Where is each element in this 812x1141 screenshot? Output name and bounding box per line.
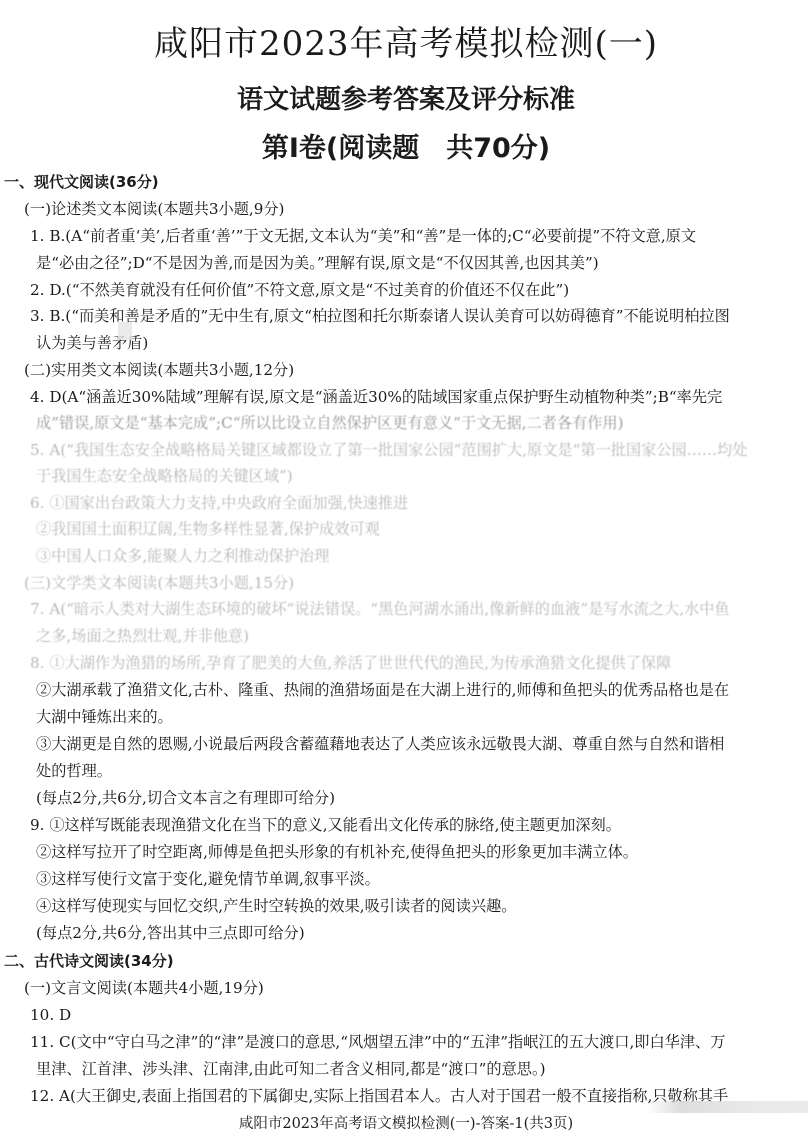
answer-q4-line2: 成”错误,原文是“基本完成”;C“所以比设立自然保护区更有意义”于文无据,二者各…	[36, 412, 624, 434]
answer-q8-point1: 8. ①大湖作为渔猎的场所,孕育了肥美的大鱼,养活了世世代代的渔民,为传承渔猎文…	[30, 652, 671, 674]
answer-q8-point2-line2: 大湖中锤炼出来的。	[36, 706, 173, 728]
answer-q5-line2: 于我国生态安全战略格局的关键区域”)	[36, 465, 293, 487]
part-heading-literary: (三)文学类文本阅读(本题共3小题,15分)	[24, 572, 294, 594]
section-heading-classical-reading: 二、古代诗文阅读(34分)	[4, 950, 174, 972]
answer-q6-point2: ②我国国土面积辽阔,生物多样性显著,保护成效可观	[36, 518, 380, 540]
answer-q1-line1: 1. B.(A“前者重‘美’,后者重‘善’”于文无据,文本认为“美”和“善”是一…	[30, 225, 696, 247]
answer-q7-line2: 之多,场面之热烈壮观,并非他意)	[36, 625, 249, 647]
section-heading-modern-reading: 一、现代文阅读(36分)	[4, 171, 159, 193]
page-footer: 咸阳市2023年高考语文模拟检测(一)-答案-1(共3页)	[0, 1114, 812, 1134]
answer-q9-point1: 9. ①这样写既能表现渔猎文化在当下的意义,又能看出文化传承的脉络,使主题更加深…	[30, 814, 621, 836]
answer-q9-point2: ②这样写拉开了时空距离,师傅是鱼把头形象的有机补充,使得鱼把头的形象更加丰满立体…	[36, 841, 638, 863]
answer-q6-point1: 6. ①国家出台政策大力支持,中央政府全面加强,快速推进	[30, 492, 408, 514]
answer-q4-line1: 4. D(A“涵盖近30%陆域”理解有误,原文是“涵盖近30%的陆域国家重点保护…	[30, 386, 722, 408]
answer-q11-line2: 里津、江首津、涉头津、江南津,由此可知二者含义相同,都是“渡口”的意思。)	[36, 1058, 546, 1080]
answer-q9-point4: ④这样写使现实与回忆交织,产生时空转换的效果,吸引读者的阅读兴趣。	[36, 895, 516, 917]
scan-smudge	[648, 1101, 808, 1113]
volume-heading: 第Ⅰ卷(阅读题 共70分)	[0, 130, 812, 168]
answer-q11-line1: 11. C(文中“守白马之津”的“津”是渡口的意思,“风烟望五津”中的“五津”指…	[30, 1031, 725, 1053]
answer-q8-scoring-note: (每点2分,共6分,切合文本言之有理即可给分)	[36, 787, 335, 809]
answer-key-page: 咸阳市2023年高考模拟检测(一) 语文试题参考答案及评分标准 第Ⅰ卷(阅读题 …	[0, 0, 812, 1141]
answer-q12-line1: 12. A(大王御史,表面上指国君的下属御史,实际上指国君本人。古人对于国君一般…	[30, 1085, 728, 1107]
answer-q9-scoring-note: (每点2分,共6分,答出其中三点即可给分)	[36, 922, 305, 944]
answer-q9-point3: ③这样写使行文富于变化,避免情节单调,叙事平淡。	[36, 868, 380, 890]
answer-q3-line1: 3. B.(“而美和善是矛盾的”无中生有,原文“柏拉图和托尔斯泰诸人误认美育可以…	[30, 305, 730, 327]
scan-smudge	[118, 322, 132, 340]
answer-q6-point3: ③中国人口众多,能聚人力之利推动保护治理	[36, 545, 329, 567]
answer-q10: 10. D	[30, 1004, 71, 1026]
part-heading-argumentative: (一)论述类文本阅读(本题共3小题,9分)	[24, 198, 284, 220]
answer-q8-point3-line2: 处的哲理。	[36, 760, 112, 782]
answer-q7-line1: 7. A(“暗示人类对大湖生态环境的破坏”说法错误。“黑色河湖水涌出,像新鲜的血…	[30, 598, 730, 620]
answer-q2: 2. D.(“不然美育就没有任何价值”不符文意,原文是“不过美育的价值还不仅在此…	[30, 279, 569, 301]
answer-q1-line2: 是“必由之径”;D“不是因为善,而是因为美。”理解有误,原文是“不仅因其善,也因…	[36, 252, 599, 274]
answer-q5-line1: 5. A(“我国生态安全战略格局关键区域都设立了第一批国家公园”范围扩大,原文是…	[30, 439, 747, 461]
document-title: 咸阳市2023年高考模拟检测(一)	[0, 20, 812, 68]
answer-q8-point2-line1: ②大湖承载了渔猎文化,古朴、隆重、热闹的渔猎场面是在大湖上进行的,师傅和鱼把头的…	[36, 679, 729, 701]
part-heading-classical-prose: (一)文言文阅读(本题共4小题,19分)	[24, 977, 264, 999]
part-heading-practical: (二)实用类文本阅读(本题共3小题,12分)	[24, 359, 294, 381]
document-subtitle: 语文试题参考答案及评分标准	[0, 82, 812, 118]
answer-q8-point3-line1: ③大湖更是自然的恩赐,小说最后两段含蓄蕴藉地表达了人类应该永远敬畏大湖、尊重自然…	[36, 733, 724, 755]
